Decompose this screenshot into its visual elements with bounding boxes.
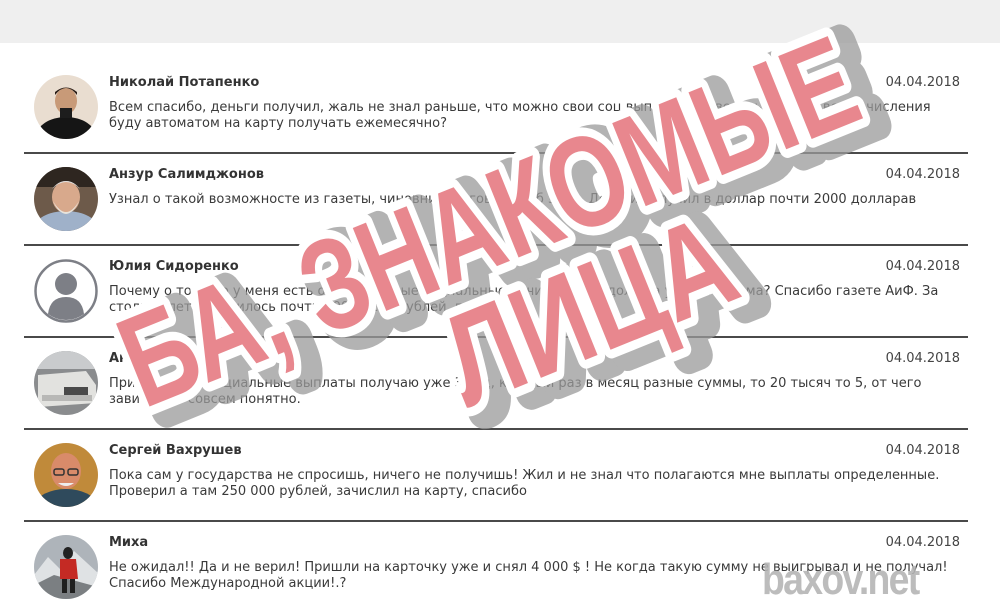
site-watermark: baxov.net xyxy=(762,555,919,605)
comment-date: 04.04.2018 xyxy=(886,75,960,90)
comment-date: 04.04.2018 xyxy=(886,259,960,274)
comment-text: Пока сам у государства не спросишь, ниче… xyxy=(109,468,964,500)
comment-item: Юлия Сидоренко 04.04.2018 Почему о том ч… xyxy=(24,246,968,338)
comment-date: 04.04.2018 xyxy=(886,443,960,458)
comment-author[interactable]: Николай Потапенко xyxy=(109,75,259,90)
comment-text: Приветствую, социальные выплаты получаю … xyxy=(109,376,964,408)
comment-author[interactable]: Миха xyxy=(109,535,148,550)
comment-date: 04.04.2018 xyxy=(886,535,960,550)
comment-author[interactable]: Сергей Вахрушев xyxy=(109,443,242,458)
comment-text: Узнал о такой возможносте из газеты, чин… xyxy=(109,192,964,208)
comment-date: 04.04.2018 xyxy=(886,351,960,366)
comment-item: Николай Потапенко 04.04.2018 Всем спасиб… xyxy=(24,62,968,154)
avatar-photo-man-dark-sweater xyxy=(34,75,98,139)
avatar-photo-white-car xyxy=(34,351,98,415)
comment-author[interactable]: Андрей Валуев xyxy=(109,351,224,366)
avatar-photo-bald-man-glasses xyxy=(34,443,98,507)
comment-item: Анзур Салимджонов 04.04.2018 Узнал о так… xyxy=(24,154,968,246)
avatar-photo-gray-beard-man xyxy=(34,167,98,231)
top-bar xyxy=(0,0,1000,43)
comment-text: Всем спасибо, деньги получил, жаль не зн… xyxy=(109,100,964,132)
comment-item: Андрей Валуев 04.04.2018 Приветствую, со… xyxy=(24,338,968,430)
comment-author[interactable]: Анзур Салимджонов xyxy=(109,167,264,182)
comment-text: Почему о том что у меня есть определенны… xyxy=(109,284,964,316)
avatar-default-user-icon xyxy=(34,259,98,323)
comment-author[interactable]: Юлия Сидоренко xyxy=(109,259,239,274)
avatar-photo-man-red-jacket-mountains xyxy=(34,535,98,599)
comment-date: 04.04.2018 xyxy=(886,167,960,182)
comment-list: Николай Потапенко 04.04.2018 Всем спасиб… xyxy=(24,62,968,614)
comment-item: Сергей Вахрушев 04.04.2018 Пока сам у го… xyxy=(24,430,968,522)
